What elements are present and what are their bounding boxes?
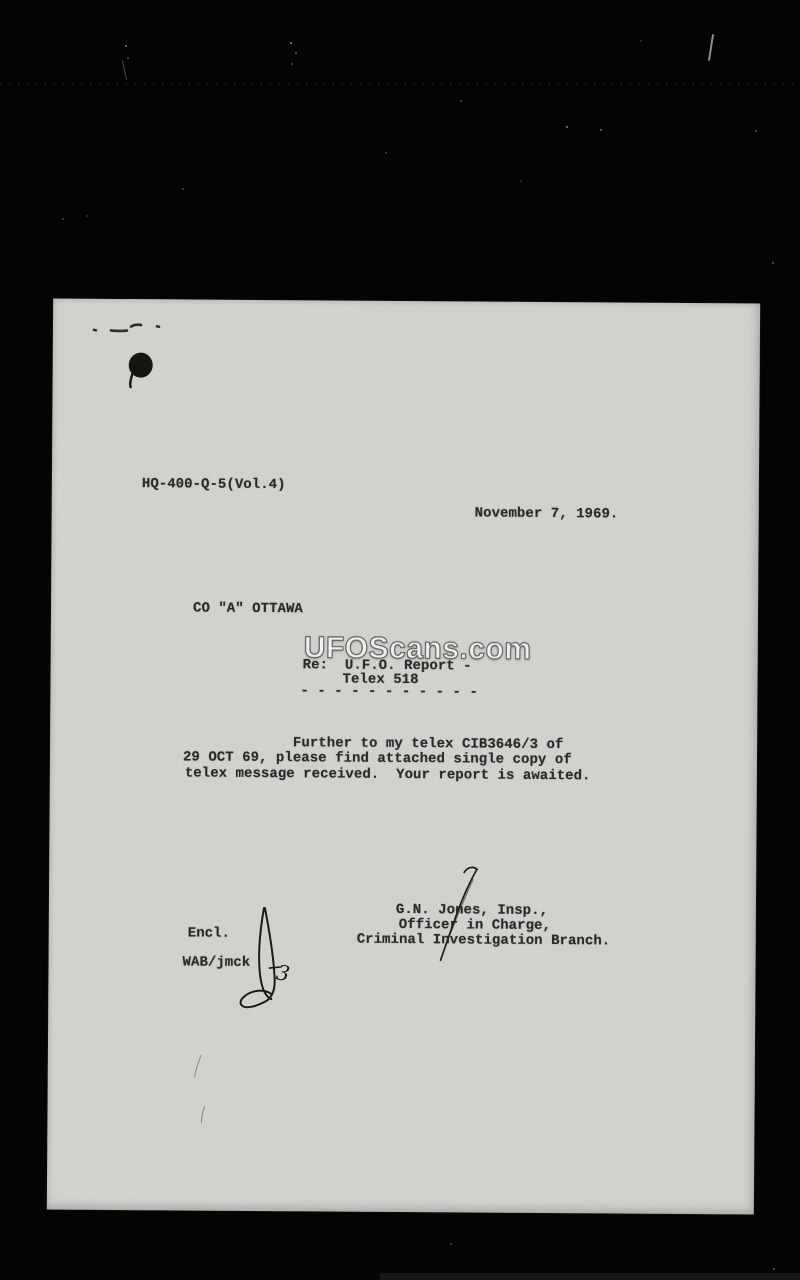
pen-loop-mark (241, 908, 280, 1008)
film-scratch (122, 60, 127, 80)
film-scratch (708, 34, 714, 61)
ink-smudge-marks (94, 324, 159, 331)
signature-stroke (441, 867, 478, 960)
film-edge-strip (380, 1273, 800, 1280)
ink-blot (129, 353, 153, 388)
film-speck-line (0, 83, 800, 84)
handwritten-figure: 3 (274, 960, 291, 986)
microfilm-scan: HQ-400-Q-5(Vol.4) November 7, 1969. CO "… (0, 0, 800, 1280)
document-page: HQ-400-Q-5(Vol.4) November 7, 1969. CO "… (47, 299, 760, 1215)
faint-scratches (194, 1056, 204, 1123)
ink-marks-overlay: 3 (47, 299, 760, 1215)
film-dust-specks (0, 0, 2, 2)
